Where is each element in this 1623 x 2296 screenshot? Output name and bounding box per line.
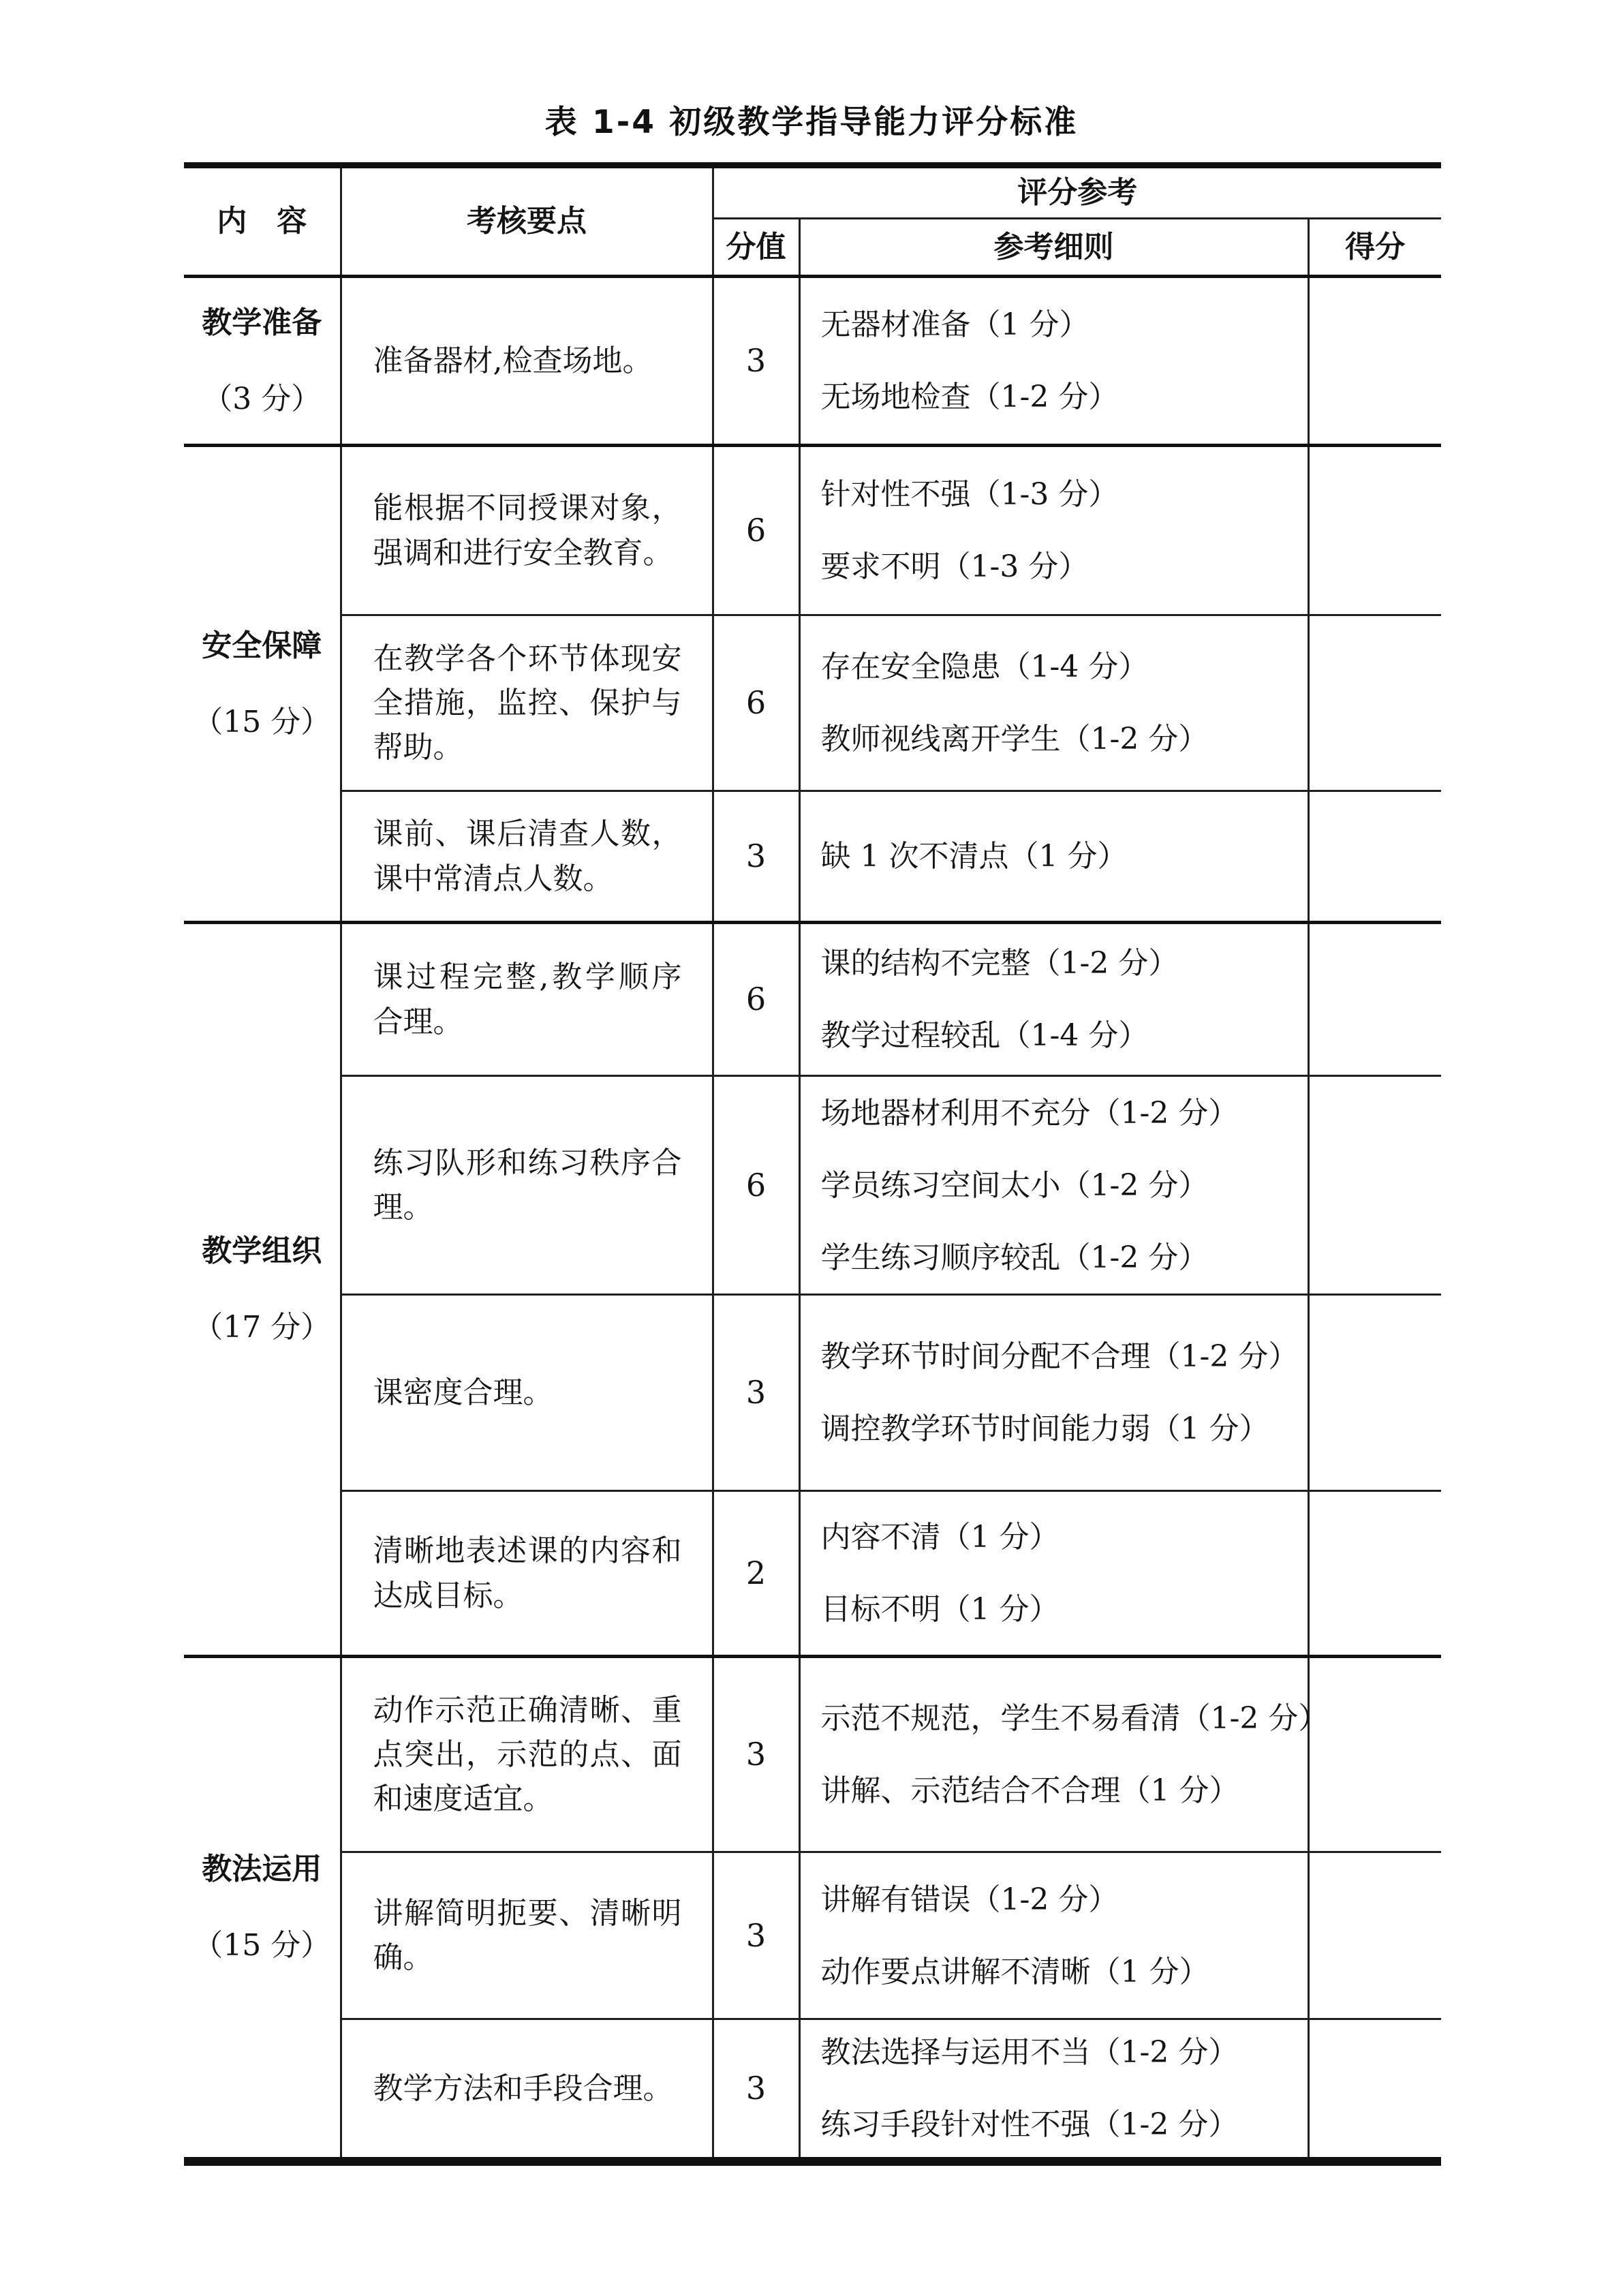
group-score: （15 分）: [188, 701, 336, 744]
details-cell: 无器材准备（1 分） 无场地检查（1-2 分）: [799, 277, 1308, 446]
page-title: 表 1-4 初级教学指导能力评分标准: [0, 97, 1623, 142]
detail-line: 练习手段针对性不强（1-2 分）: [821, 2106, 1301, 2143]
point-cell: 准备器材,检查场地。: [341, 277, 713, 446]
point-cell: 能根据不同授课对象，强调和进行安全教育。: [341, 446, 713, 615]
details-cell: 缺 1 次不清点（1 分）: [799, 791, 1308, 923]
group-name: 教法运用: [188, 1848, 336, 1891]
group-score: （17 分）: [188, 1306, 336, 1349]
value-cell: 6: [713, 923, 799, 1076]
group-name: 教学组织: [188, 1229, 336, 1273]
header-scoring-ref: 评分参考: [713, 166, 1441, 219]
detail-line: 课的结构不完整（1-2 分）: [821, 945, 1301, 982]
group-name: 教学准备: [188, 301, 336, 345]
value-cell: 3: [713, 277, 799, 446]
group-name: 安全保障: [188, 624, 336, 668]
value-cell: 3: [713, 791, 799, 923]
score-cell: [1308, 615, 1441, 791]
point-cell: 讲解简明扼要、清晰明确。: [341, 1852, 713, 2019]
score-cell: [1308, 923, 1441, 1076]
score-cell: [1308, 2019, 1441, 2162]
point-cell: 动作示范正确清晰、重点突出，示范的点、面和速度适宜。: [341, 1657, 713, 1852]
score-cell: [1308, 1657, 1441, 1852]
header-score-obtained: 得分: [1308, 219, 1441, 277]
details-cell: 内容不清（1 分） 目标不明（1 分）: [799, 1491, 1308, 1657]
detail-line: 调控教学环节时间能力弱（1 分）: [821, 1410, 1301, 1448]
details-cell: 课的结构不完整（1-2 分） 教学过程较乱（1-4 分）: [799, 923, 1308, 1076]
header-ref-details: 参考细则: [799, 219, 1308, 277]
detail-line: 场地器材利用不充分（1-2 分）: [821, 1095, 1301, 1132]
detail-line: 学员练习空间太小（1-2 分）: [821, 1167, 1301, 1204]
detail-line: 教学过程较乱（1-4 分）: [821, 1017, 1301, 1054]
value-cell: 6: [713, 1076, 799, 1295]
detail-line: 讲解有错误（1-2 分）: [821, 1881, 1301, 1918]
score-cell: [1308, 446, 1441, 615]
group-cell-teaching-organization: 教学组织 （17 分）: [184, 923, 341, 1657]
detail-line: 动作要点讲解不清晰（1 分）: [821, 1953, 1301, 1991]
header-content: 内 容: [184, 166, 341, 277]
details-cell: 存在安全隐患（1-4 分） 教师视线离开学生（1-2 分）: [799, 615, 1308, 791]
header-points: 考核要点: [341, 166, 713, 277]
value-cell: 3: [713, 2019, 799, 2162]
score-cell: [1308, 1491, 1441, 1657]
value-cell: 3: [713, 1852, 799, 2019]
detail-line: 缺 1 次不清点（1 分）: [821, 838, 1301, 875]
score-cell: [1308, 1076, 1441, 1295]
details-cell: 示范不规范，学生不易看清（1-2 分） 讲解、示范结合不合理（1 分）: [799, 1657, 1308, 1852]
value-cell: 6: [713, 615, 799, 791]
detail-line: 示范不规范，学生不易看清（1-2 分）: [821, 1700, 1301, 1737]
detail-line: 教师视线离开学生（1-2 分）: [821, 720, 1301, 758]
group-score: （15 分）: [188, 1924, 336, 1968]
detail-line: 存在安全隐患（1-4 分）: [821, 648, 1301, 686]
detail-line: 教学环节时间分配不合理（1-2 分）: [821, 1338, 1301, 1375]
score-cell: [1308, 791, 1441, 923]
detail-line: 教法选择与运用不当（1-2 分）: [821, 2034, 1301, 2071]
detail-line: 针对性不强（1-3 分）: [821, 476, 1301, 513]
value-cell: 2: [713, 1491, 799, 1657]
details-cell: 讲解有错误（1-2 分） 动作要点讲解不清晰（1 分）: [799, 1852, 1308, 2019]
group-score: （3 分）: [188, 378, 336, 421]
score-cell: [1308, 1295, 1441, 1491]
detail-line: 讲解、示范结合不合理（1 分）: [821, 1772, 1301, 1809]
details-cell: 教学环节时间分配不合理（1-2 分） 调控教学环节时间能力弱（1 分）: [799, 1295, 1308, 1491]
details-cell: 教法选择与运用不当（1-2 分） 练习手段针对性不强（1-2 分）: [799, 2019, 1308, 2162]
value-cell: 3: [713, 1295, 799, 1491]
point-cell: 在教学各个环节体现安全措施，监控、保护与帮助。: [341, 615, 713, 791]
scoring-table: 内 容 考核要点 评分参考 分值 参考细则 得分 教学准备 （3 分） 准备器材…: [184, 162, 1441, 2166]
detail-line: 要求不明（1-3 分）: [821, 548, 1301, 585]
detail-line: 无场地检查（1-2 分）: [821, 378, 1301, 416]
score-cell: [1308, 277, 1441, 446]
details-cell: 针对性不强（1-3 分） 要求不明（1-3 分）: [799, 446, 1308, 615]
detail-line: 无器材准备（1 分）: [821, 306, 1301, 343]
document-page: 表 1-4 初级教学指导能力评分标准 内 容 考核要点 评分参考 分值 参考细则…: [0, 0, 1623, 2296]
point-cell: 清晰地表述课的内容和达成目标。: [341, 1491, 713, 1657]
value-cell: 6: [713, 446, 799, 615]
point-cell: 练习队形和练习秩序合理。: [341, 1076, 713, 1295]
detail-line: 学生练习顺序较乱（1-2 分）: [821, 1239, 1301, 1276]
details-cell: 场地器材利用不充分（1-2 分） 学员练习空间太小（1-2 分） 学生练习顺序较…: [799, 1076, 1308, 1295]
point-cell: 课密度合理。: [341, 1295, 713, 1491]
group-cell-safety-assurance: 安全保障 （15 分）: [184, 446, 341, 923]
detail-line: 内容不清（1 分）: [821, 1518, 1301, 1556]
group-cell-teaching-methods: 教法运用 （15 分）: [184, 1657, 341, 2162]
point-cell: 课前、课后清查人数，课中常清点人数。: [341, 791, 713, 923]
score-cell: [1308, 1852, 1441, 2019]
value-cell: 3: [713, 1657, 799, 1852]
group-cell-teaching-preparation: 教学准备 （3 分）: [184, 277, 341, 446]
point-cell: 教学方法和手段合理。: [341, 2019, 713, 2162]
point-cell: 课过程完整,教学顺序合理。: [341, 923, 713, 1076]
header-score-value: 分值: [713, 219, 799, 277]
detail-line: 目标不明（1 分）: [821, 1591, 1301, 1628]
